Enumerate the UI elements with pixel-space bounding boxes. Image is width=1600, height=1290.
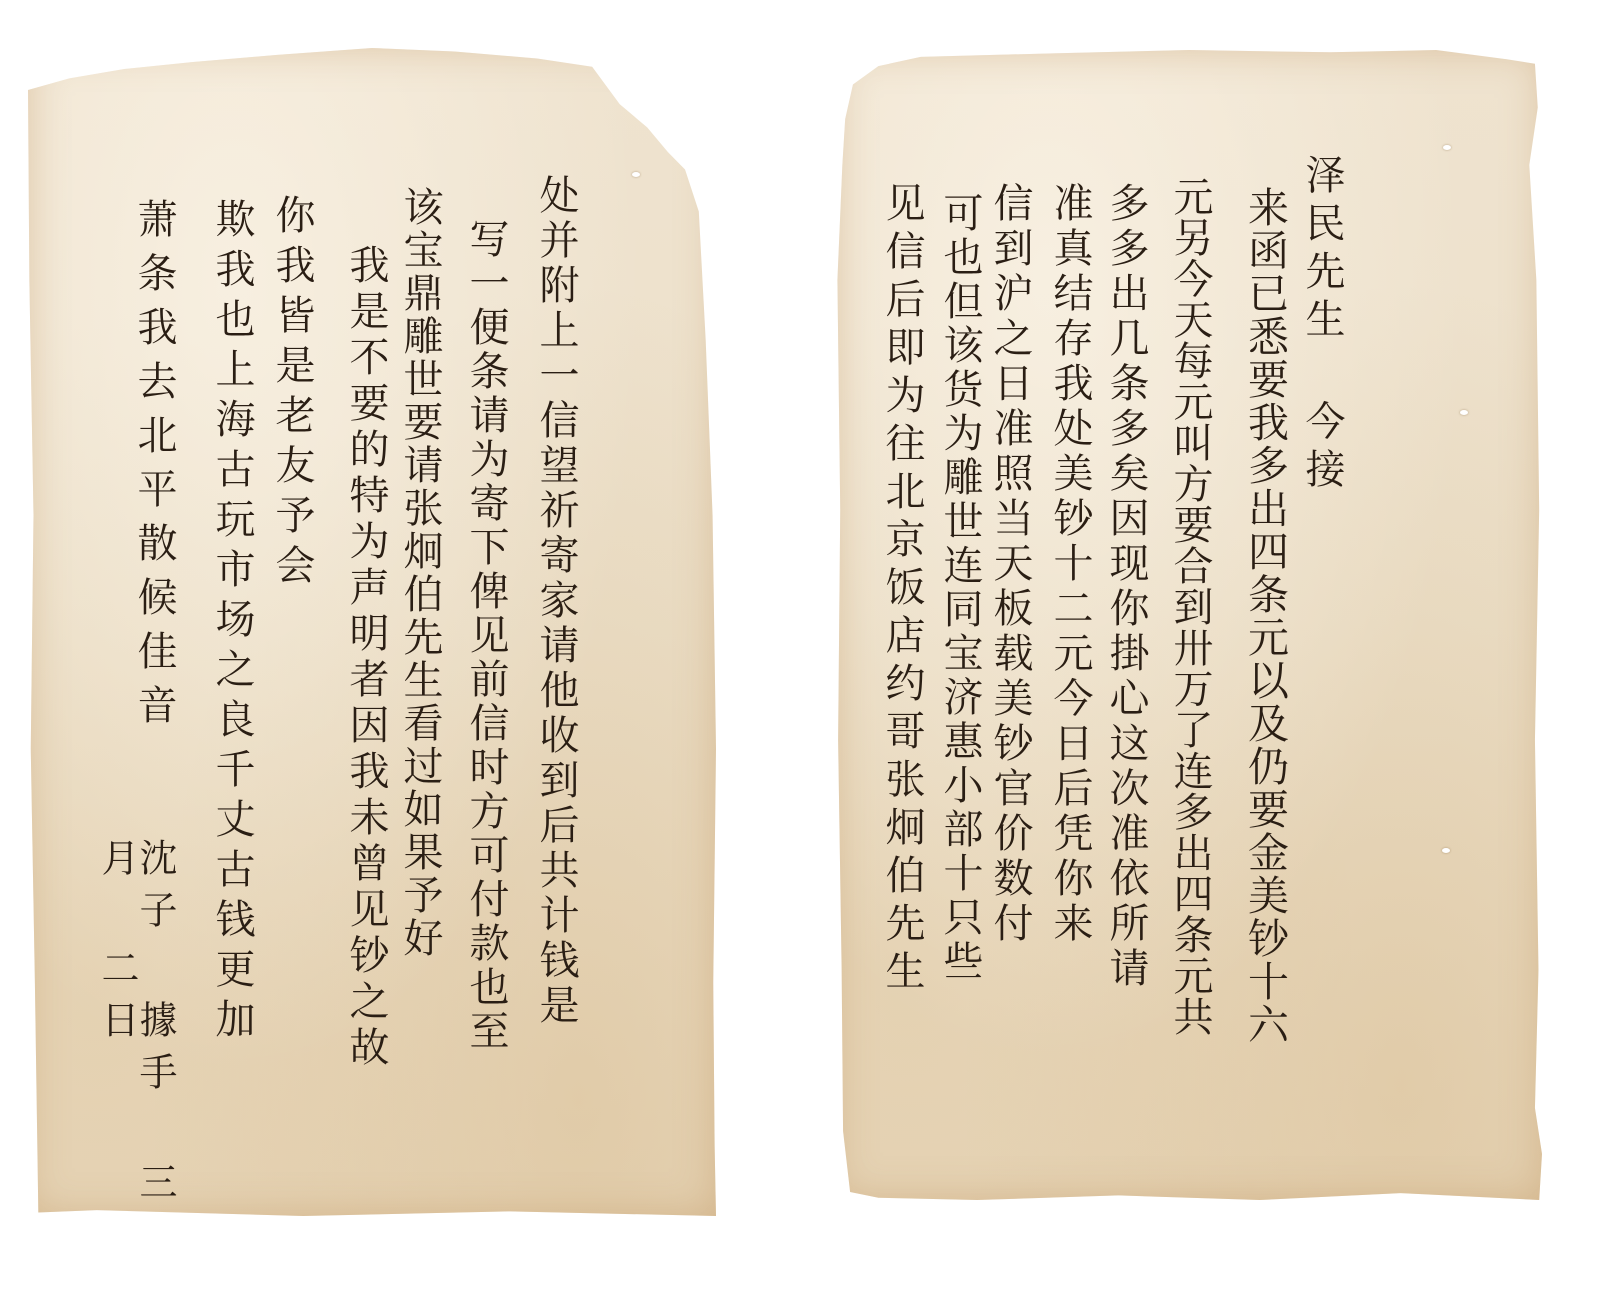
letter-sheet-right: 泽民先生 今接 来函已悉要我多出四条元以及仍要金美钞十六 元另今天每元叫方要合到… [836, 50, 1542, 1200]
salutation-text: 泽民先生 今接 [1299, 154, 1345, 496]
text-line: 处并附上一信望祈寄家请他收到后共计钱是 [533, 174, 579, 1029]
left-column-2: 写一便条请为寄下俾见前信时方可付款也至 [466, 218, 506, 1054]
right-column-5: 准真结存我处美钞十二元今日后凭你来 [1050, 182, 1090, 947]
right-column-7: 可也但该货为雕世连同宝济惠小部十只些 [940, 192, 980, 984]
text-line: 来函已悉要我多出四条元以及仍要金美钞十六 [1241, 186, 1289, 1046]
right-column-2: 来函已悉要我多出四条元以及仍要金美钞十六 [1244, 186, 1285, 1046]
left-column-7: 萧条我去北平散候佳音 [134, 198, 174, 738]
right-column-4: 多多出几条多矣因现你掛心这次准依所请 [1106, 182, 1146, 992]
text-line: 欺我也上海古玩市场之良千丈古钱更加 [209, 198, 255, 1048]
paper-hole [1443, 145, 1451, 150]
text-line: 我是不要的特为声明者因我未曾见钞之故 [343, 244, 389, 1072]
text-line: 准真结存我处美钞十二元今日后凭你来 [1047, 182, 1093, 947]
text-line: 多多出几条多矣因现你掛心这次准依所请 [1103, 182, 1149, 992]
text-line: 元另今天每元叫方要合到卅万了连多出四条元共 [1167, 176, 1213, 1037]
left-column-1: 处并附上一信望祈寄家请他收到后共计钱是 [536, 174, 576, 1029]
text-line: 可也但该货为雕世连同宝济惠小部十只些 [937, 192, 983, 984]
left-column-3: 该宝鼎雕世要请张炯伯先生看过如果予好 [400, 186, 440, 960]
text-line: 写一便条请为寄下俾见前信时方可付款也至 [463, 218, 509, 1054]
paper-hole [1460, 410, 1468, 415]
text-line: 你我皆是老友予会 [269, 194, 315, 594]
right-column-8: 见信后即为往北京饭店约哥张炯伯先生 [882, 182, 922, 998]
letter-sheet-left: 处并附上一信望祈寄家请他收到后共计钱是 写一便条请为寄下俾见前信时方可付款也至 … [28, 48, 716, 1216]
left-column-4: 我是不要的特为声明者因我未曾见钞之故 [346, 244, 386, 1072]
text-line: 见信后即为往北京饭店约哥张炯伯先生 [879, 182, 925, 998]
left-column-5: 你我皆是老友予会 [272, 194, 312, 594]
right-column-6: 信到沪之日准照当天板载美钞官价数付 [990, 182, 1030, 947]
paper-hole [1442, 848, 1450, 853]
signature-text: 沈子 據手 三月 二日 [95, 838, 177, 1214]
paper-hole [632, 172, 640, 177]
signature-block: 沈子 據手 三月 二日 [98, 838, 174, 1216]
text-line: 信到沪之日准照当天板载美钞官价数付 [987, 182, 1033, 947]
right-column-3: 元另今天每元叫方要合到卅万了连多出四条元共 [1170, 176, 1210, 1037]
left-column-6: 欺我也上海古玩市场之良千丈古钱更加 [212, 198, 252, 1048]
text-line: 该宝鼎雕世要请张炯伯先生看过如果予好 [397, 186, 443, 960]
salutation-column: 泽民先生 今接 [1302, 154, 1342, 496]
text-line: 萧条我去北平散候佳音 [131, 198, 177, 738]
